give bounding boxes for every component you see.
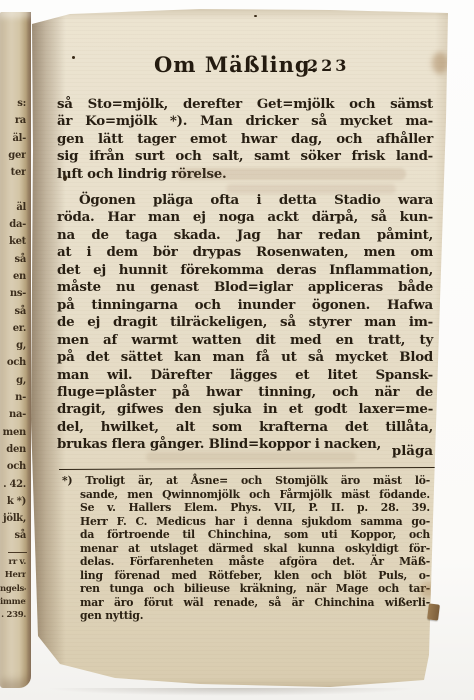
page-edge-fragment: och xyxy=(0,354,26,371)
facing-page-edge: s:raäl-gerterälda-ketsåenns-såer.g,ochg,… xyxy=(0,12,31,688)
page-edge-fragment: ket xyxy=(0,233,26,250)
footnote-line: *) Troligt är, at Åsne= och Stomjölk äro… xyxy=(62,474,430,488)
page-edge-fragment: ger xyxy=(0,147,26,164)
page-edge-fragment: er. xyxy=(0,320,26,337)
text-line: de ej dragit tilräckeligen, så styrer ma… xyxy=(57,314,433,331)
page-edge-fragment: jölk, xyxy=(0,510,26,527)
text-line: måste nu genast Blod=iglar appliceras bå… xyxy=(57,279,433,296)
text-line: röda. Har man ej noga ackt därpå, så kun… xyxy=(57,209,433,226)
ink-speck xyxy=(254,15,257,17)
page-edge-fragment: Herr xyxy=(0,569,26,582)
page-edge-fragment: . 42. xyxy=(0,476,26,493)
text-line: Ögonen pläga ofta i detta Stadio wara xyxy=(57,192,433,209)
text-line: luft och lindrig rörelse. xyxy=(57,166,433,183)
page-edge-fragment: så xyxy=(0,251,26,268)
page-edge-fragment: na- xyxy=(0,406,26,423)
text-line: at i dem bör drypas Rosenwaten, men om xyxy=(57,244,433,261)
footnote-rule-fragment xyxy=(8,552,27,553)
page-edge-fragment: så xyxy=(0,303,26,320)
footnote-rule xyxy=(59,467,435,470)
page-edge-fragment: g, xyxy=(0,372,26,389)
facing-page-footnote-fragments: rr v.Herrngels-immer. 239. xyxy=(0,556,26,623)
page-edge-fragment: ngels- xyxy=(0,583,26,596)
page-edge-fragment: s: xyxy=(0,95,26,112)
text-line: gen lätt tager emot hwar dag, och afhåll… xyxy=(57,131,433,148)
page-edge-fragment: ter xyxy=(0,164,26,181)
text-line: det ej hunnit förekomma deras Inflammati… xyxy=(57,262,433,279)
text-line: na de taga skada. Jag har redan påmint, xyxy=(57,227,433,244)
page-edge-fragment: rr v. xyxy=(0,556,26,569)
page-edge-fragment: så xyxy=(0,527,26,544)
page-edge-fragment: äl xyxy=(0,199,26,216)
text-line: del, hwilket, alt som krafterna det till… xyxy=(57,419,433,436)
footnote-line: delas. Förfarenheten måste afgöra det. Ä… xyxy=(62,555,430,569)
page-edge-fragment: . 239. xyxy=(0,609,26,622)
page-shadow xyxy=(46,688,416,696)
footnote-line: Se v. Hallers Elem. Phys. VII, P. II. p.… xyxy=(62,501,430,515)
text-line: sig ifrån surt och salt, samt söker fris… xyxy=(57,148,433,165)
body-paragraph-1: så Sto=mjölk, derefter Get=mjölk och säm… xyxy=(57,96,433,183)
header-title: Om Mäßling. xyxy=(154,52,319,77)
footnote-line: gen nyttig. xyxy=(62,609,430,623)
page-edge-fragment: n- xyxy=(0,389,26,406)
edge-strip-blank-top xyxy=(0,12,31,95)
page-edge-fragment: da- xyxy=(0,216,26,233)
book-photo: s:raäl-gerterälda-ketsåenns-såer.g,ochg,… xyxy=(0,0,474,700)
page-edge-fragment: en xyxy=(0,268,26,285)
text-line: är Ko=mjölk *). Man dricker så mycket ma… xyxy=(57,113,433,130)
text-line: man wil. Därefter lägges et litet Spansk… xyxy=(57,367,433,384)
page-edge-fragment: ra xyxy=(0,112,26,129)
page-edge-fragment xyxy=(0,181,26,198)
body-paragraph-2: Ögonen pläga ofta i detta Stadio wararöd… xyxy=(57,192,433,454)
book-page: Om Mäßling. 223 så Sto=mjölk, derefter G… xyxy=(26,6,452,694)
bookmark-tab xyxy=(427,603,440,620)
text-line: på det sättet kan man få ut så mycket Bl… xyxy=(57,349,433,366)
page-edge-fragment: k *) xyxy=(0,493,26,510)
footnote-line: ling förenad med Rötfeber, klen och blöt… xyxy=(62,569,430,583)
footnote-line: mar äro förut wäl renade, så är Chinchin… xyxy=(62,596,430,610)
page-edge-fragment: och xyxy=(0,458,26,475)
page-edge-fragment: den xyxy=(0,441,26,458)
text-line: men af warmt watten dit med en tratt, ty xyxy=(57,332,433,349)
page-edge-fragment: ns- xyxy=(0,285,26,302)
page-edge-fragment: äl- xyxy=(0,130,26,147)
page-edge-fragment: g, xyxy=(0,337,26,354)
header-page-number: 223 xyxy=(307,56,349,75)
text-line: så Sto=mjölk, derefter Get=mjölk och säm… xyxy=(57,96,433,113)
page-top-edge-shade xyxy=(26,6,452,20)
footnote: *) Troligt är, at Åsne= och Stomjölk äro… xyxy=(62,474,430,623)
facing-page-fragments: s:raäl-gerterälda-ketsåenns-såer.g,ochg,… xyxy=(0,95,26,545)
footnote-line: da förtroende til Chinchina, som uti Kop… xyxy=(62,528,430,542)
ink-speck xyxy=(72,56,75,59)
catchword: pläga xyxy=(57,443,433,459)
text-line: fluge=plåster på hwar tinning, och när d… xyxy=(57,384,433,401)
footnote-line: Herr F. C. Medicus har i denna sjukdom s… xyxy=(62,515,430,529)
text-line: dragit, gifwes den sjuka in et godt laxe… xyxy=(57,401,433,418)
footnote-line: menar at utslaget därmed skal kunna osky… xyxy=(62,542,430,556)
footnote-line: sande, men Qwinnomjölk och Fårmjölk mäst… xyxy=(62,488,430,502)
page-edge-fragment: men xyxy=(0,424,26,441)
text-line: på tinningarna och inunder ögonen. Hafwa xyxy=(57,297,433,314)
footnote-line: ren tunga och bilieuse kräkning, när Mag… xyxy=(62,582,430,596)
ink-speck xyxy=(63,175,67,181)
page-edge-fragment: immer xyxy=(0,596,26,609)
foxing-stain xyxy=(432,52,448,74)
